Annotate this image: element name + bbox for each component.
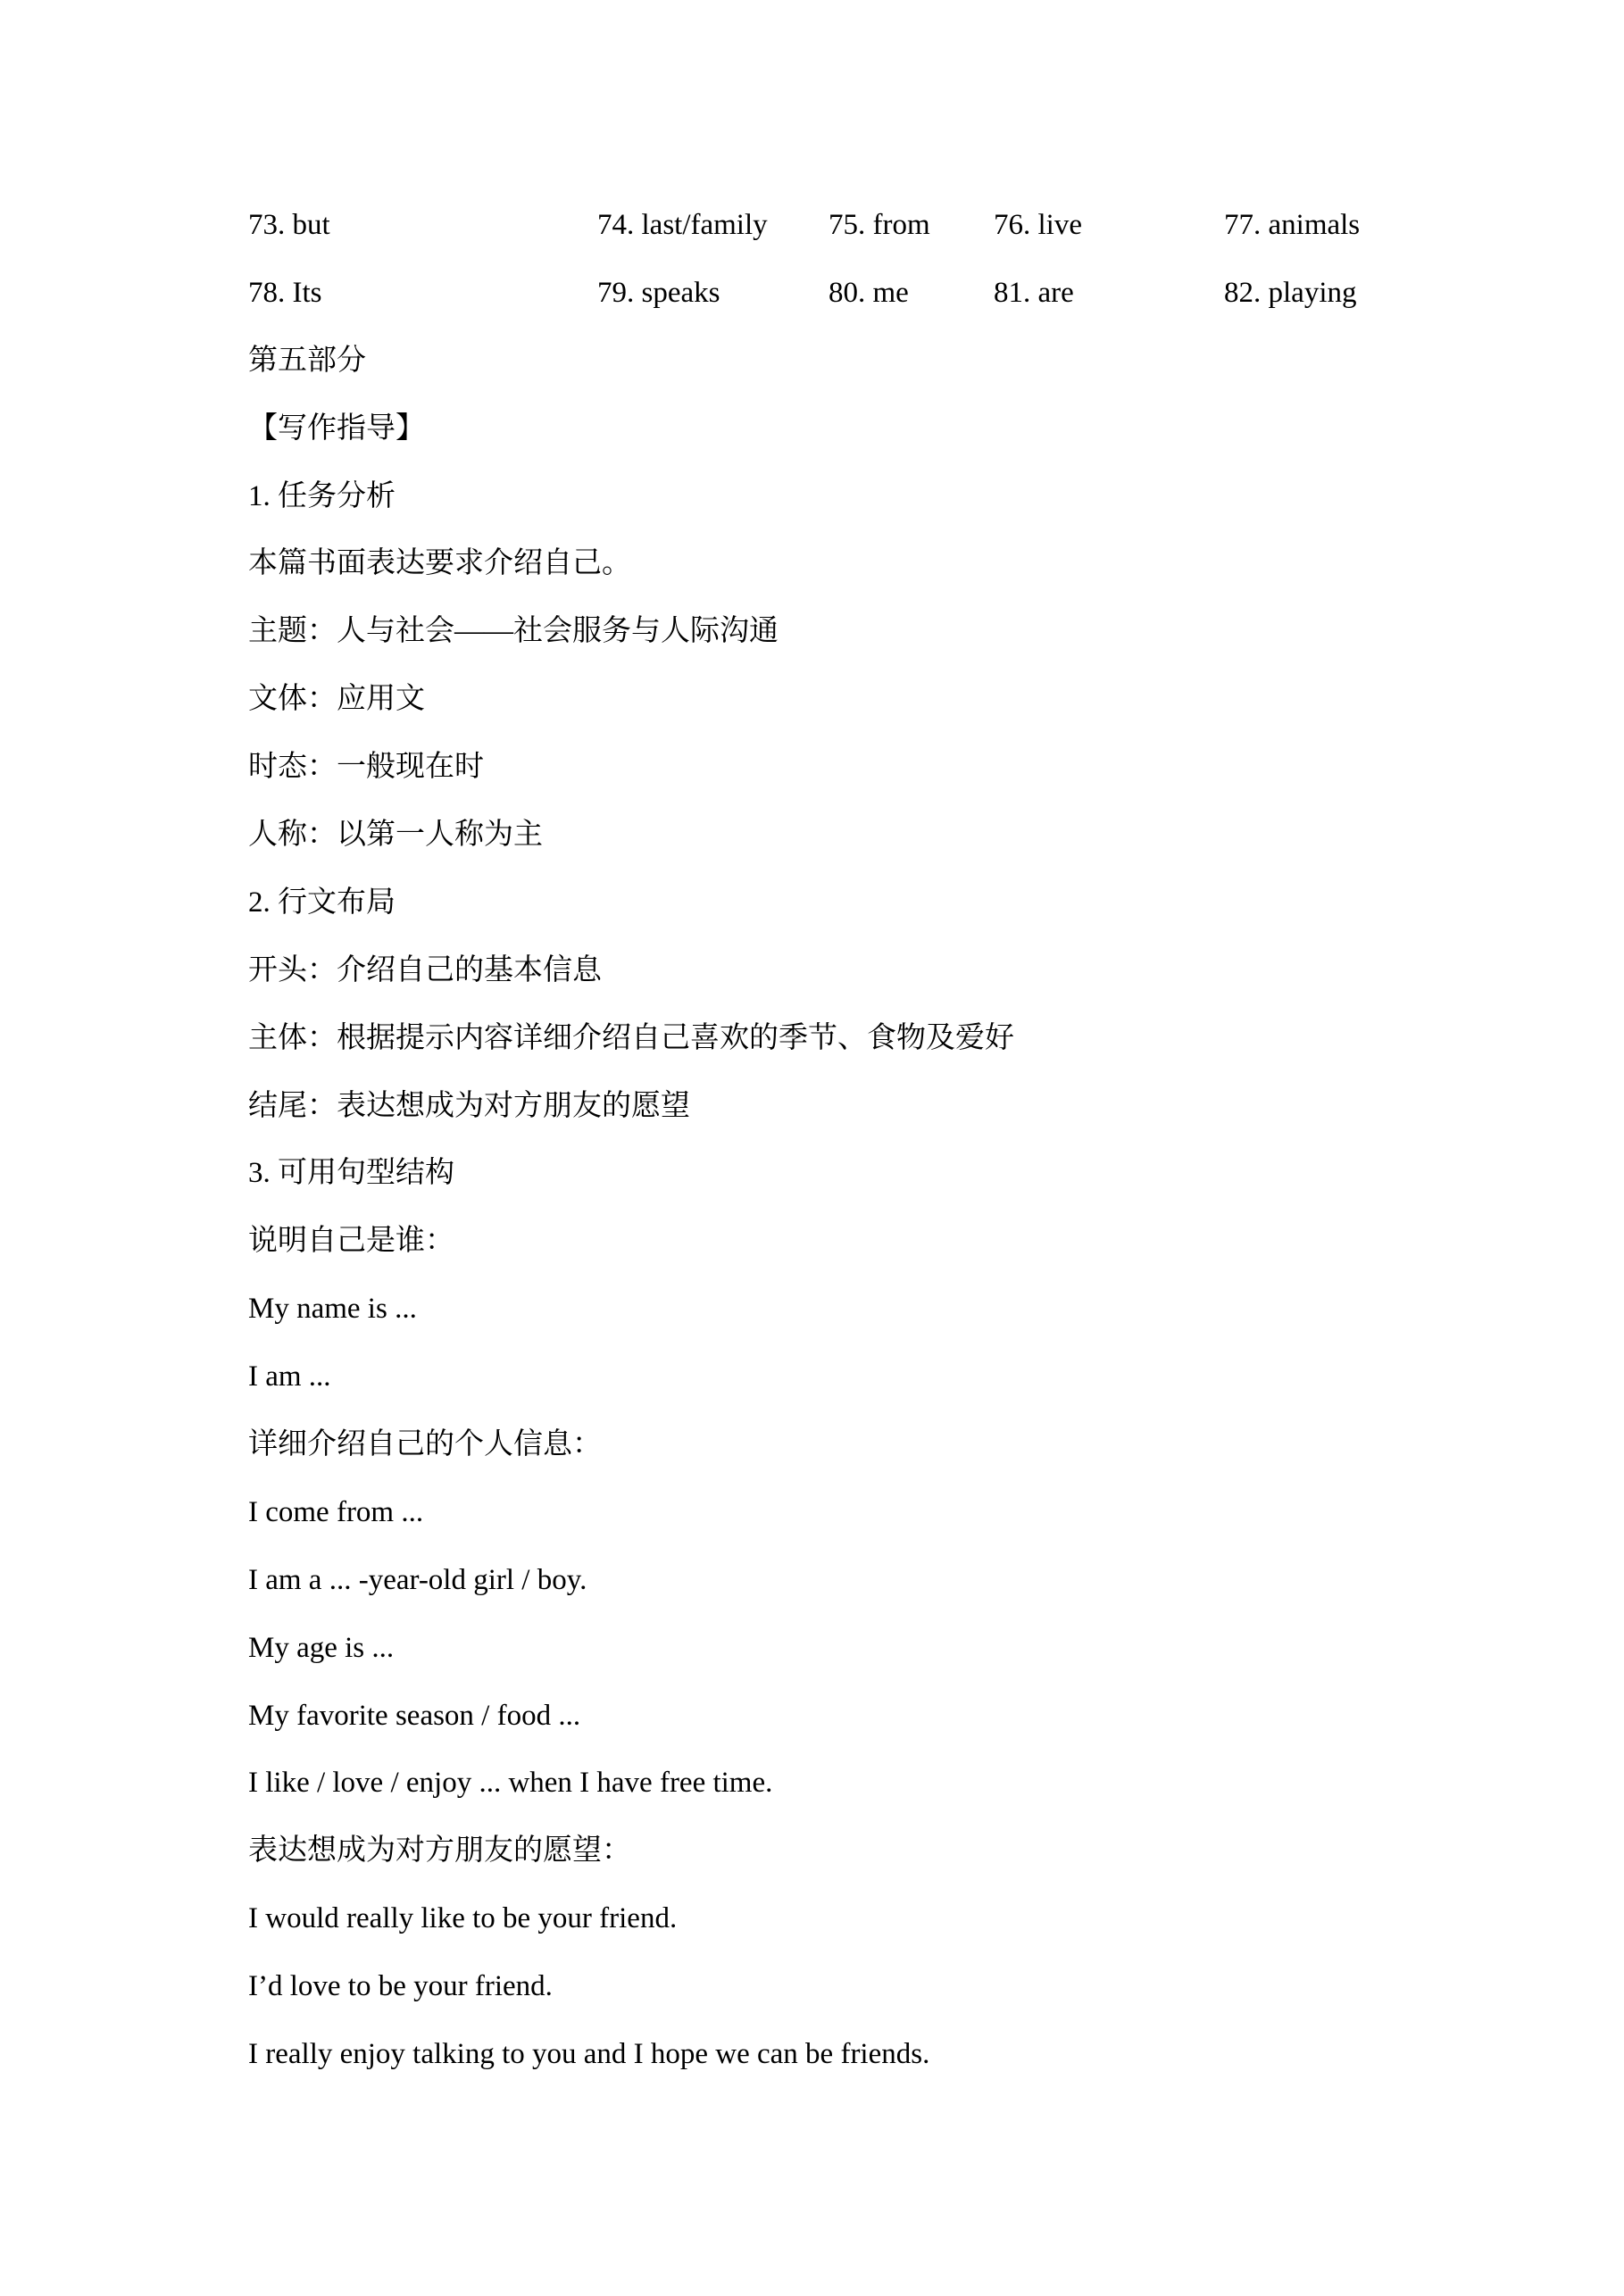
pattern-sentence: My age is ...	[248, 1615, 1561, 1683]
pattern-sentence: I am a ... -year-old girl / boy.	[248, 1547, 1561, 1615]
layout-body: 主体：根据提示内容详细介绍自己喜欢的季节、食物及爱好	[248, 1005, 1561, 1073]
answer-row-1: 73. but 74. last/family 75. from 76. liv…	[248, 192, 1561, 260]
patterns-group3-label: 表达想成为对方朋友的愿望：	[248, 1818, 1561, 1885]
layout-opening: 开头：介绍自己的基本信息	[248, 937, 1561, 1005]
layout-ending: 结尾：表达想成为对方朋友的愿望	[248, 1073, 1561, 1141]
answer-item-81: 81. are	[994, 260, 1074, 328]
patterns-group1-label: 说明自己是谁：	[248, 1208, 1561, 1276]
answer-item-77: 77. animals	[1224, 192, 1360, 260]
pattern-sentence: I come from ...	[248, 1479, 1561, 1547]
answer-item-80: 80. me	[829, 260, 909, 328]
task-analysis-heading: 1. 任务分析	[248, 463, 1561, 531]
answer-item-76: 76. live	[994, 192, 1082, 260]
document-page: 73. but 74. last/family 75. from 76. liv…	[0, 0, 1624, 2296]
patterns-heading: 3. 可用句型结构	[248, 1140, 1561, 1208]
answer-item-78: 78. Its	[248, 260, 322, 328]
answer-item-79: 79. speaks	[597, 260, 720, 328]
pattern-sentence: I am ...	[248, 1343, 1561, 1411]
pattern-sentence: I’d love to be your friend.	[248, 1953, 1561, 2021]
pattern-sentence: I like / love / enjoy ... when I have fr…	[248, 1750, 1561, 1818]
task-tense: 时态：一般现在时	[248, 734, 1561, 802]
task-genre: 文体：应用文	[248, 666, 1561, 734]
pattern-sentence: My favorite season / food ...	[248, 1683, 1561, 1751]
answer-row-2: 78. Its 79. speaks 80. me 81. are 82. pl…	[248, 260, 1561, 328]
patterns-group2-label: 详细介绍自己的个人信息：	[248, 1411, 1561, 1479]
answer-item-75: 75. from	[829, 192, 930, 260]
pattern-sentence: I would really like to be your friend.	[248, 1885, 1561, 1953]
answer-item-82: 82. playing	[1224, 260, 1356, 328]
task-theme: 主题：人与社会——社会服务与人际沟通	[248, 598, 1561, 666]
task-overview: 本篇书面表达要求介绍自己。	[248, 530, 1561, 598]
task-person: 人称：以第一人称为主	[248, 802, 1561, 869]
writing-guide-heading: 【写作指导】	[248, 395, 1561, 463]
pattern-sentence: My name is ...	[248, 1276, 1561, 1343]
answer-item-73: 73. but	[248, 192, 330, 260]
answer-item-74: 74. last/family	[597, 192, 768, 260]
part5-heading: 第五部分	[248, 328, 1561, 395]
pattern-sentence: I really enjoy talking to you and I hope…	[248, 2021, 1561, 2089]
layout-heading: 2. 行文布局	[248, 869, 1561, 937]
document-content: 73. but 74. last/family 75. from 76. liv…	[248, 192, 1561, 2089]
